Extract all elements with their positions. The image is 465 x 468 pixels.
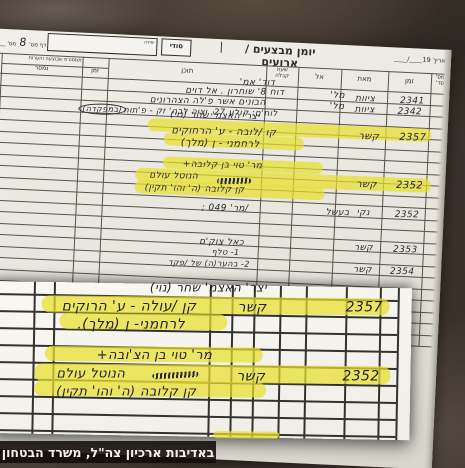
handwritten-entry: (במפקדה) [78, 103, 126, 115]
handwritten-entry: 2341 [400, 96, 425, 107]
handwritten-entry: יצר' האצמ' שחר (נוי) [170, 110, 260, 122]
handwritten-entry: קן קלובה (ה' והו' תקין) [56, 384, 196, 399]
page-number-handwritten: 8 [19, 36, 27, 49]
handwritten-entry: הנוטל עולם [56, 367, 125, 382]
handwritten-entry: 2357 [399, 132, 426, 144]
inset-grid-vline [395, 288, 399, 440]
highlight-mark [213, 431, 279, 439]
handwritten-entry: מל' [330, 91, 345, 101]
handwritten-entry: כאל צוק'ם [199, 237, 244, 248]
handwritten-entry: ציוות [355, 94, 375, 104]
handwritten-entry: קשר [356, 179, 377, 190]
unit-box-label: יחידה [144, 41, 155, 46]
handwritten-entry: 2- בהער(ה) של /פקד [168, 258, 250, 269]
handwritten-entry: נקי [357, 208, 370, 218]
handwritten-entry: 2353 [393, 245, 418, 256]
scribble-mark [217, 178, 251, 185]
classification-label: סודי [162, 42, 190, 51]
column-header-time: זמן [388, 77, 431, 86]
archival-photo: יומן מבצעים / ארועים | תאריך 19____/____… [0, 0, 465, 468]
handwritten-entry: קשר [354, 243, 373, 253]
handwritten-entry: 2352 [396, 180, 423, 192]
handwritten-entry: /מר' 049 ; [202, 203, 249, 214]
title-tick: | [217, 41, 226, 53]
handwritten-entry: מר' טוי בן קלובה+ [183, 159, 263, 171]
handwritten-entry: בעשל [326, 208, 350, 219]
handwritten-entry: 2352 [395, 210, 420, 221]
credit-caption: באדיבות ארכיון צה"ל, משרד הבטחון [0, 441, 216, 463]
inset-grid-vline [31, 282, 35, 434]
handwritten-entry: ציוות [354, 105, 374, 115]
handwritten-entry: 2342 [397, 107, 422, 118]
handwritten-entry: מל' [330, 102, 345, 112]
handwritten-entry: קשר [358, 131, 379, 142]
handwritten-entry: 2354 [390, 267, 415, 278]
handwritten-entry: קשר [238, 300, 267, 316]
magnified-inset: יצר' האצמ' שחר (נוי)2357קשרקן /עולה - ע'… [0, 281, 412, 440]
handwritten-entry: 1- טלף [212, 247, 240, 257]
handwritten-entry: יצר' האצמ' שחר (נוי) [150, 281, 267, 295]
handwritten-entry: לרחמני- ן (מלך). [77, 316, 185, 332]
handwritten-entry: לרחמני - ן (מלך) [181, 137, 260, 150]
column-header-to: אל [298, 73, 341, 82]
column-header-time2: זמן [82, 68, 108, 76]
classification-box: סודי [161, 38, 192, 56]
handwritten-entry: 2352 [342, 368, 379, 384]
handwritten-entry: קן /עולה - ע' הרוקים [62, 298, 197, 314]
column-header-from: מאת [341, 75, 388, 85]
grid-vline [436, 74, 450, 347]
handwritten-entry: הנוטל עולם [149, 171, 198, 182]
page-number-line: דף מס' 8 מס' ___ [0, 35, 47, 50]
handwritten-entry: קשר [353, 265, 372, 275]
date-line: תאריך 19____/____ [366, 54, 450, 65]
handwritten-entry: קשר [236, 368, 265, 384]
column-header-serial: מס' סד' [431, 75, 450, 87]
handwritten-entry: 2357 [346, 299, 383, 315]
inset-grid-hline [0, 412, 396, 421]
copies-label: מס' ___ [0, 41, 16, 48]
handwritten-entry: מר' טוי בן הצ'ובה+ [97, 348, 213, 363]
unit-box: יחידה [47, 33, 158, 56]
page-label: דף מס' [29, 42, 46, 49]
